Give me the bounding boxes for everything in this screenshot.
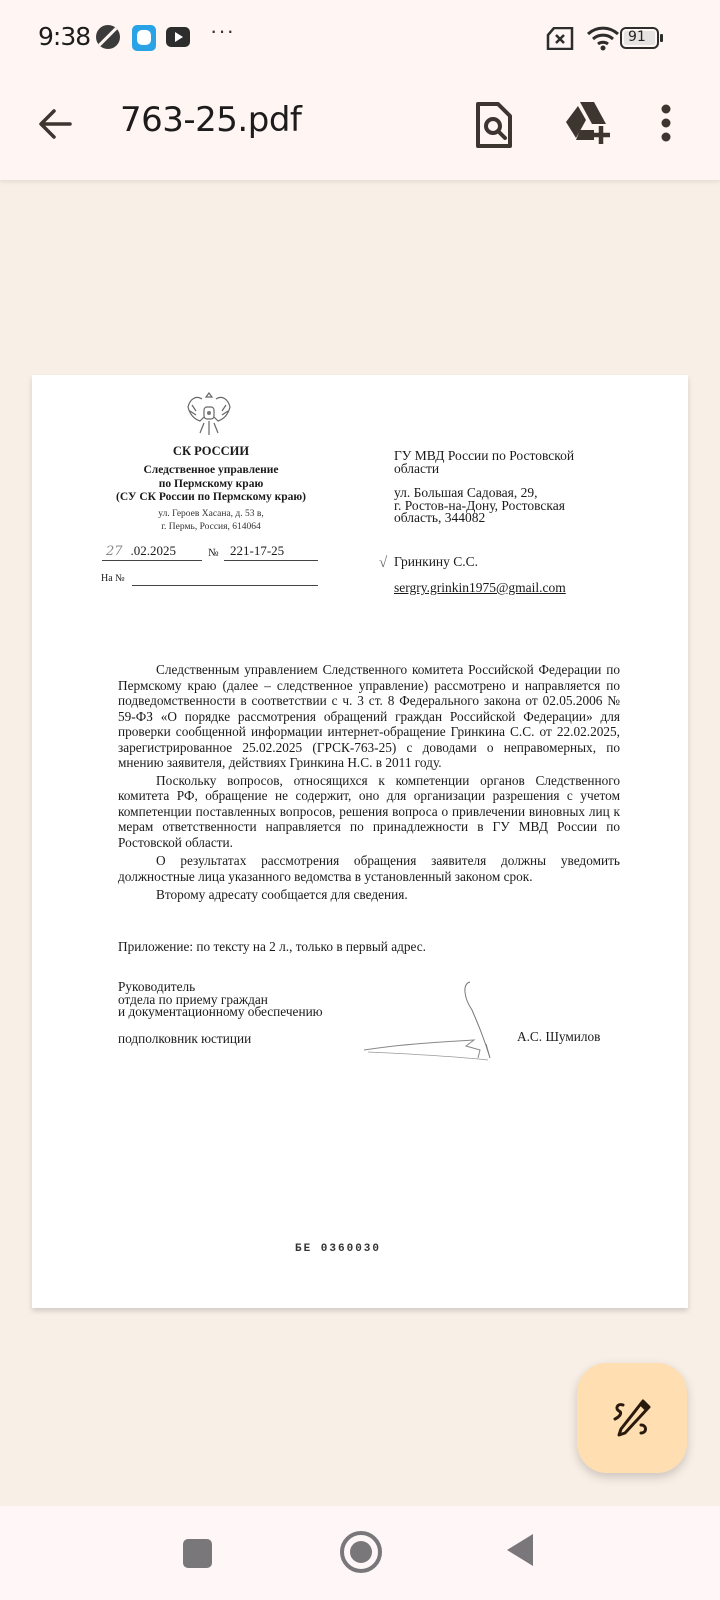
pdf-viewer[interactable]: СК РОССИИ Следственное управление по Пер… — [0, 180, 720, 1476]
reply-to-label: На № — [101, 573, 125, 584]
org-name-line: Следственное управление — [96, 464, 326, 478]
recents-button[interactable] — [183, 1539, 212, 1568]
signer-title-line: и документационному обеспечению — [118, 1006, 323, 1019]
org-name-line: по Пермскому краю — [96, 478, 326, 492]
app-messenger-icon — [132, 25, 156, 51]
org-address-line: г. Пермь, Россия, 614064 — [96, 521, 326, 535]
home-button[interactable] — [340, 1531, 382, 1573]
app-bar: 763-25.pdf — [0, 78, 720, 180]
form-serial-number: БЕ 0360030 — [295, 1243, 381, 1255]
recipient-address-line: область, 344082 — [394, 512, 634, 525]
signer-title: Руководитель отдела по приему граждан и … — [118, 981, 323, 1019]
battery-level: 91 — [628, 29, 646, 45]
body-paragraph: Второму адресату сообщается для сведения… — [118, 887, 620, 903]
letter-date: 27.02.2025 — [102, 543, 202, 561]
check-mark-icon: √ — [379, 555, 387, 572]
org-address-line: ул. Героев Хасана, д. 53 в, — [96, 508, 326, 522]
signer-name: А.С. Шумилов — [517, 1029, 600, 1045]
date-handwritten: 27 — [106, 544, 123, 559]
pdf-page: СК РОССИИ Следственное управление по Пер… — [32, 375, 688, 1308]
annotate-button[interactable] — [577, 1363, 687, 1473]
signer-rank: подполковник юстиции — [118, 1031, 251, 1047]
letter-number: 221-17-25 — [224, 543, 318, 561]
no-sim-icon — [546, 27, 574, 50]
add-to-drive-icon[interactable] — [564, 100, 612, 146]
more-vert-icon[interactable] — [656, 102, 676, 148]
second-recipient-name: Гринкину С.С. — [394, 554, 478, 570]
date-printed: .02.2025 — [131, 543, 177, 558]
wifi-icon — [586, 24, 620, 52]
status-time: 9:38 — [38, 22, 90, 51]
letterhead: СК РОССИИ Следственное управление по Пер… — [96, 444, 326, 535]
system-nav-bar — [0, 1506, 720, 1600]
reply-to-line — [132, 585, 318, 586]
document-title: 763-25.pdf — [120, 100, 301, 140]
letter-body: Следственным управлением Следственного к… — [118, 662, 620, 903]
recipient-block: ГУ МВД России по Ростовской области ул. … — [394, 450, 634, 537]
back-arrow-icon[interactable] — [36, 104, 76, 144]
number-label: № — [208, 547, 219, 559]
attachment-note: Приложение: по тексту на 2 л., только в … — [118, 939, 426, 955]
status-bar: 9:38 ··· 91 — [0, 0, 720, 78]
battery-icon: 91 — [620, 27, 664, 49]
body-paragraph: Поскольку вопросов, относящихся к компет… — [118, 773, 620, 851]
org-head: СК РОССИИ — [96, 444, 326, 459]
body-paragraph: О результатах рассмотрения обращения зая… — [118, 853, 620, 884]
org-name-line: (СУ СК России по Пермскому краю) — [96, 491, 326, 505]
back-button[interactable] — [507, 1534, 533, 1566]
youtube-icon — [166, 27, 190, 47]
handwritten-signature — [362, 980, 497, 1065]
draw-annotate-icon — [611, 1397, 653, 1439]
coat-of-arms-icon — [182, 387, 236, 441]
body-paragraph: Следственным управлением Следственного к… — [118, 662, 620, 771]
app-globe-icon — [96, 25, 120, 49]
recipient-org-line: области — [394, 463, 634, 476]
find-in-file-icon[interactable] — [474, 100, 514, 150]
more-notifications-icon: ··· — [210, 18, 235, 44]
second-recipient-email[interactable]: sergry.grinkin1975@gmail.com — [394, 580, 566, 596]
